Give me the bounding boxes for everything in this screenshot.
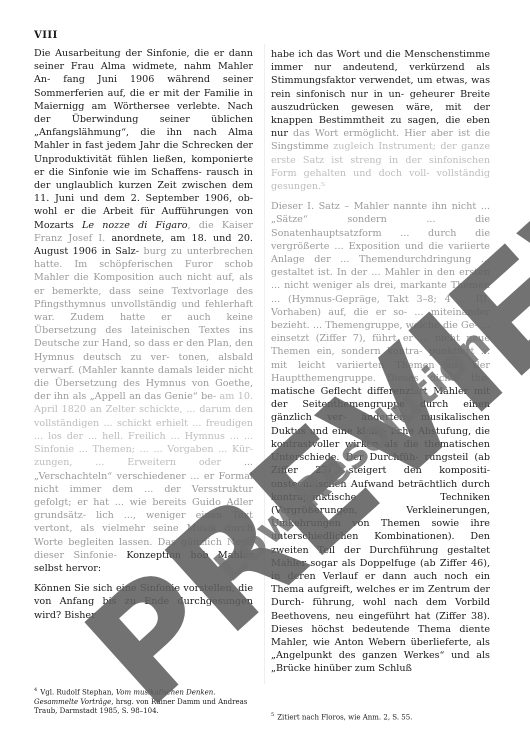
text-line: schickt erhielt ... (117, 418, 201, 429)
text-line: Dieser I. Satz – Mahler nannte ihn nicht… (271, 201, 490, 212)
text-line: onstechnischen Aufwand beträchtlich durc… (271, 479, 490, 490)
footnote-5: 5Zitiert nach Floros, wie Anm. 2, S. 55. (271, 711, 490, 723)
left-main-paragraph: Die Ausarbeitung der Sinfonie, die er da… (34, 47, 253, 575)
text-line: ... nicht weniger als drei, markante (271, 280, 447, 291)
text-line: ... Mahler in den ersten (371, 267, 490, 278)
footnote-text: Vgl. Rudolf Stephan, (40, 688, 116, 696)
text-line: „Sätze“ sondern ... (271, 214, 436, 225)
right-column: habe ich das Wort und die Menschenstimme… (271, 48, 490, 683)
text-line: Hymnus ... (185, 431, 239, 442)
text-line: los der ... (48, 431, 97, 442)
text-line: hell. Freilich ... (102, 431, 180, 442)
text-line: ... Themengruppe, welche die Ge- (313, 320, 478, 331)
text-line: Anfang bis zu Ende durchgesungen wird? B… (34, 596, 253, 620)
footnote-marker: 4 (34, 687, 37, 693)
footnote-text: Zitiert nach Floros, wie Anm. 2, S. 55. (277, 713, 412, 721)
footnote-4: 4Vgl. Rudolf Stephan, Vom musikalischen … (34, 686, 253, 717)
column-divider (264, 44, 265, 684)
page-number: VIII (34, 30, 58, 41)
quote-continuation: habe ich das Wort und die Menschenstimme… (271, 48, 490, 193)
italic-title: Le nozze di Figaro (82, 220, 188, 231)
left-column: Die Ausarbeitung der Sinfonie, die er da… (34, 47, 253, 629)
analysis-paragraph: Dieser I. Satz – Mahler nannte ihn nicht… (271, 200, 490, 675)
text-line: ... Vorgaben ... Kür- (153, 444, 253, 455)
text-line: zungen, ... Erweitern oder (34, 457, 221, 468)
footnote-marker: 5 (271, 712, 274, 718)
quote-paragraph: Können Sie sich eine Sinfonie vorstellen… (34, 582, 253, 622)
text-line: Die Ausarbeitung der Sinfonie, die er da… (34, 48, 253, 59)
